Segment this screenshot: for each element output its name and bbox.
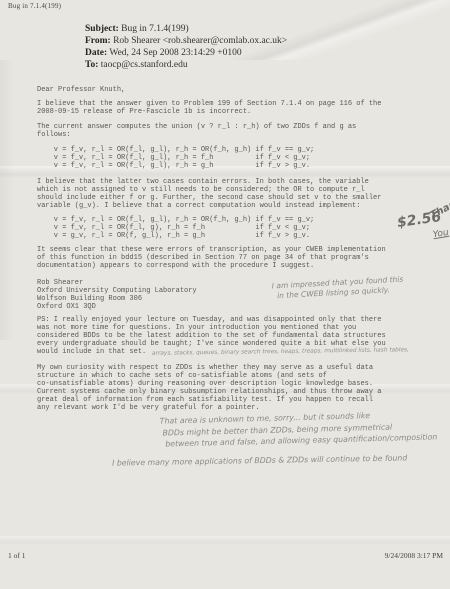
signature-block: Rob Shearer Oxford University Computing … — [37, 279, 197, 311]
code-block-current: v = f_v, r_l = OR(f_l, g_l), r_h = OR(f_… — [37, 146, 314, 170]
print-header-title: Bug in 7.1.4(199) — [8, 2, 61, 10]
paragraph-intro: I believe that the answer given to Probl… — [37, 100, 381, 116]
email-header-date: Date: Wed, 24 Sep 2008 23:14:29 +0100 — [85, 47, 287, 59]
handwritten-you: You — [432, 228, 449, 241]
handwritten-reply-note: That area is unknown to me, sorry... but… — [160, 408, 438, 450]
email-header-to-label: To: — [85, 60, 98, 70]
salutation: Dear Professor Knuth, — [37, 86, 125, 94]
footer-page-number: 1 of 1 — [8, 551, 26, 560]
handwritten-future-note: I believe many more applications of BDDs… — [112, 453, 407, 467]
paper-crease — [0, 536, 450, 546]
scanned-email-page: Bug in 7.1.4(199) Subject: Bug in 7.1.4(… — [0, 0, 450, 589]
handwritten-thank: Thank — [428, 196, 450, 222]
paragraph-zdd-curiosity: My own curiosity with respect to ZDDs is… — [37, 364, 381, 412]
paper-crease — [0, 60, 14, 340]
email-header-to-value: taocp@cs.stanford.edu — [98, 60, 187, 70]
paragraph-transcription: It seems clear that these were errors of… — [37, 246, 386, 270]
email-header-subject: Subject: Bug in 7.1.4(199) — [85, 23, 287, 35]
paragraph-current-answer: The current answer computes the union (v… — [37, 123, 356, 139]
email-header-block: Subject: Bug in 7.1.4(199) From: Rob She… — [85, 23, 287, 71]
handwritten-cweb-note: I am impressed that you found this in th… — [272, 275, 405, 302]
email-header-from-value: Rob Shearer <rob.shearer@comlab.ox.ac.uk… — [111, 36, 287, 46]
email-header-from: From: Rob Shearer <rob.shearer@comlab.ox… — [85, 35, 287, 47]
email-header-from-label: From: — [85, 36, 111, 46]
email-header-to: To: taocp@cs.stanford.edu — [85, 59, 287, 71]
email-header-date-label: Date: — [85, 48, 107, 58]
email-header-subject-value: Bug in 7.1.4(199) — [119, 24, 189, 34]
paragraph-errors: I believe that the latter two cases cont… — [37, 178, 381, 210]
code-block-correct: v = f_v, r_l = OR(f_l, g_l), r_h = OR(f_… — [37, 216, 314, 240]
email-header-date-value: Wed, 24 Sep 2008 23:14:29 +0100 — [107, 48, 242, 58]
footer-timestamp: 9/24/2008 3:17 PM — [385, 551, 443, 560]
email-header-subject-label: Subject: — [85, 24, 119, 34]
